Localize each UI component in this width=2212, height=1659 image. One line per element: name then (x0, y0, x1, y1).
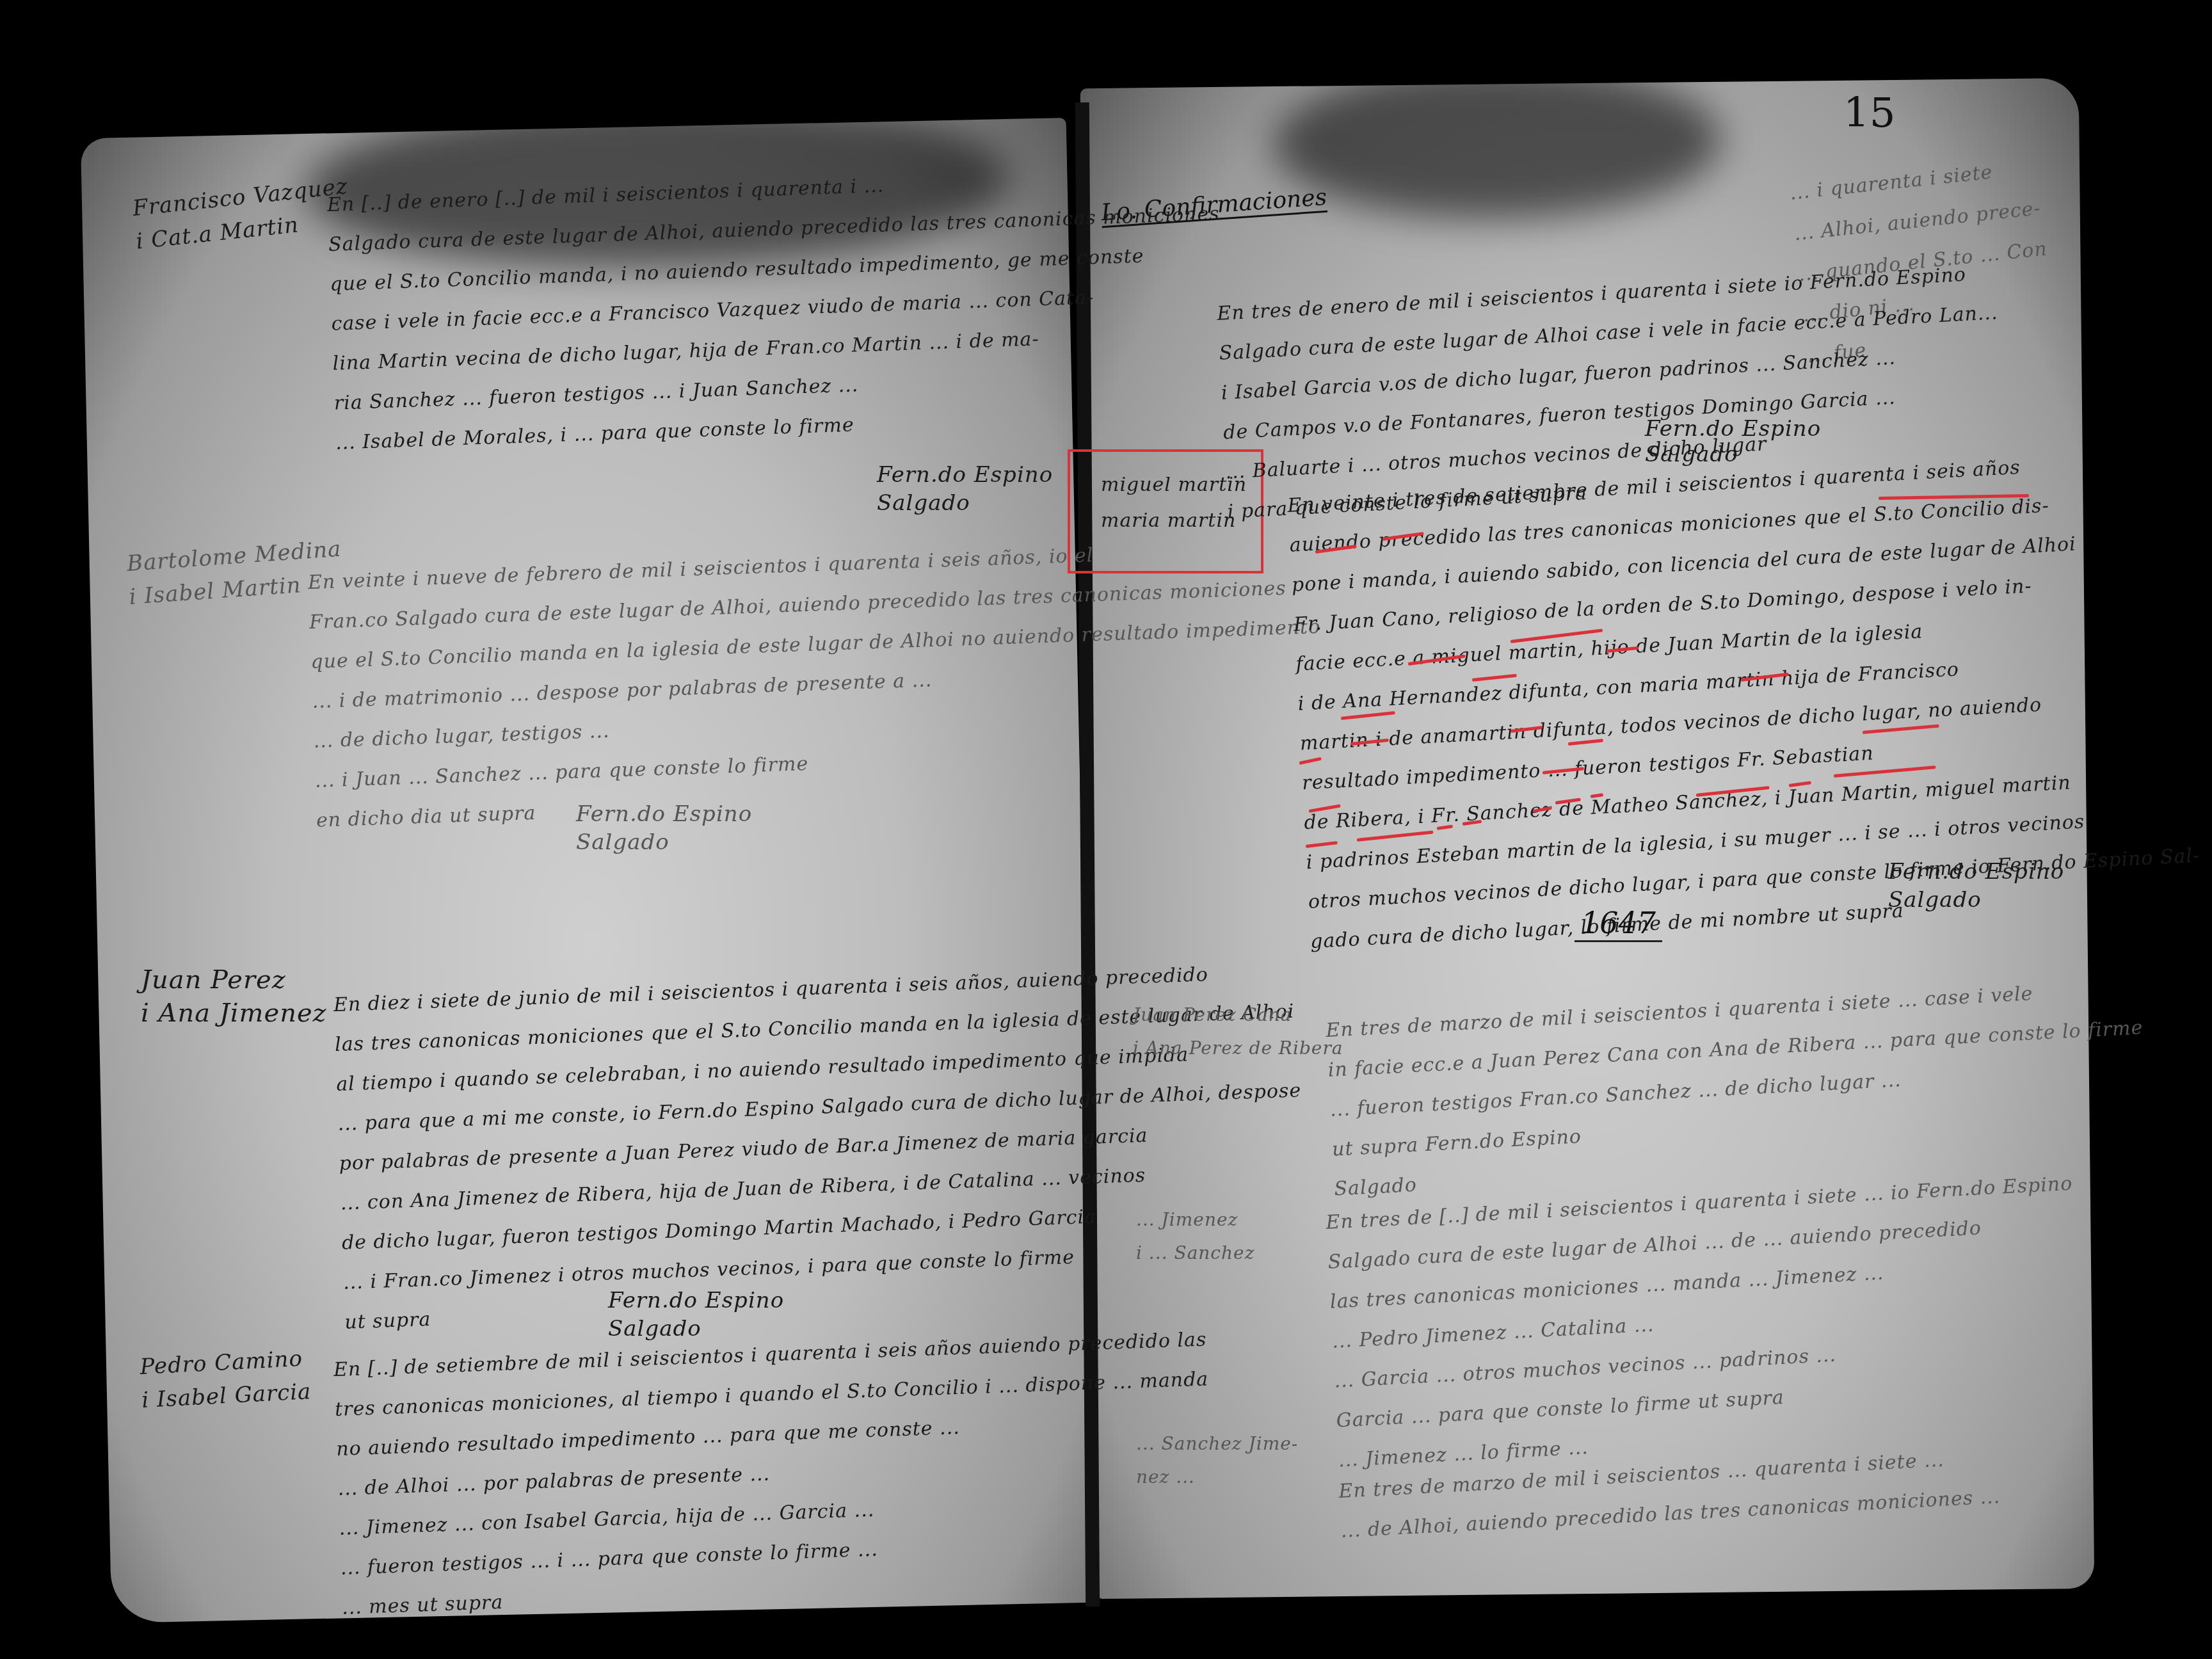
water-stain (1272, 63, 1721, 221)
margin-note: Pedro Camino i Isabel Garcia (139, 1342, 312, 1417)
signature: Fern.do Espino Salgado (1888, 858, 2064, 914)
register-entry: En [..] de setiembre de mil i seisciento… (333, 1320, 1216, 1628)
page-number: 15 (1843, 90, 1895, 137)
signature: Fern.do Espino Salgado (877, 461, 1053, 517)
margin-note: ... Sanchez Jime- nez ... (1136, 1427, 1298, 1494)
year-marker: 1647 (1575, 906, 1662, 942)
signature: Fern.do Espino Salgado (608, 1286, 784, 1343)
margin-note: ... Jimenez i ... Sanchez (1136, 1203, 1254, 1270)
manuscript-scan: 15 Lo. Confirmaciones Francisco Vazquez … (0, 0, 2212, 1659)
margin-note: Juan Perez Cana i Ana Perez de Ribera (1133, 998, 1343, 1065)
highlighted-register-entry: En veinte i tres de setiembre de mil i s… (1286, 440, 2203, 962)
register-entry: En [..] de enero [..] de mil i seiscient… (326, 154, 1227, 463)
register-entry: En tres de [..] de mil i seiscientos i q… (1325, 1164, 2086, 1481)
margin-note: Juan Perez i Ana Jimenez (141, 963, 327, 1030)
signature: Fern.do Espino Salgado (576, 800, 752, 856)
register-entry: En veinte i nueve de febrero de mil i se… (307, 528, 1327, 841)
